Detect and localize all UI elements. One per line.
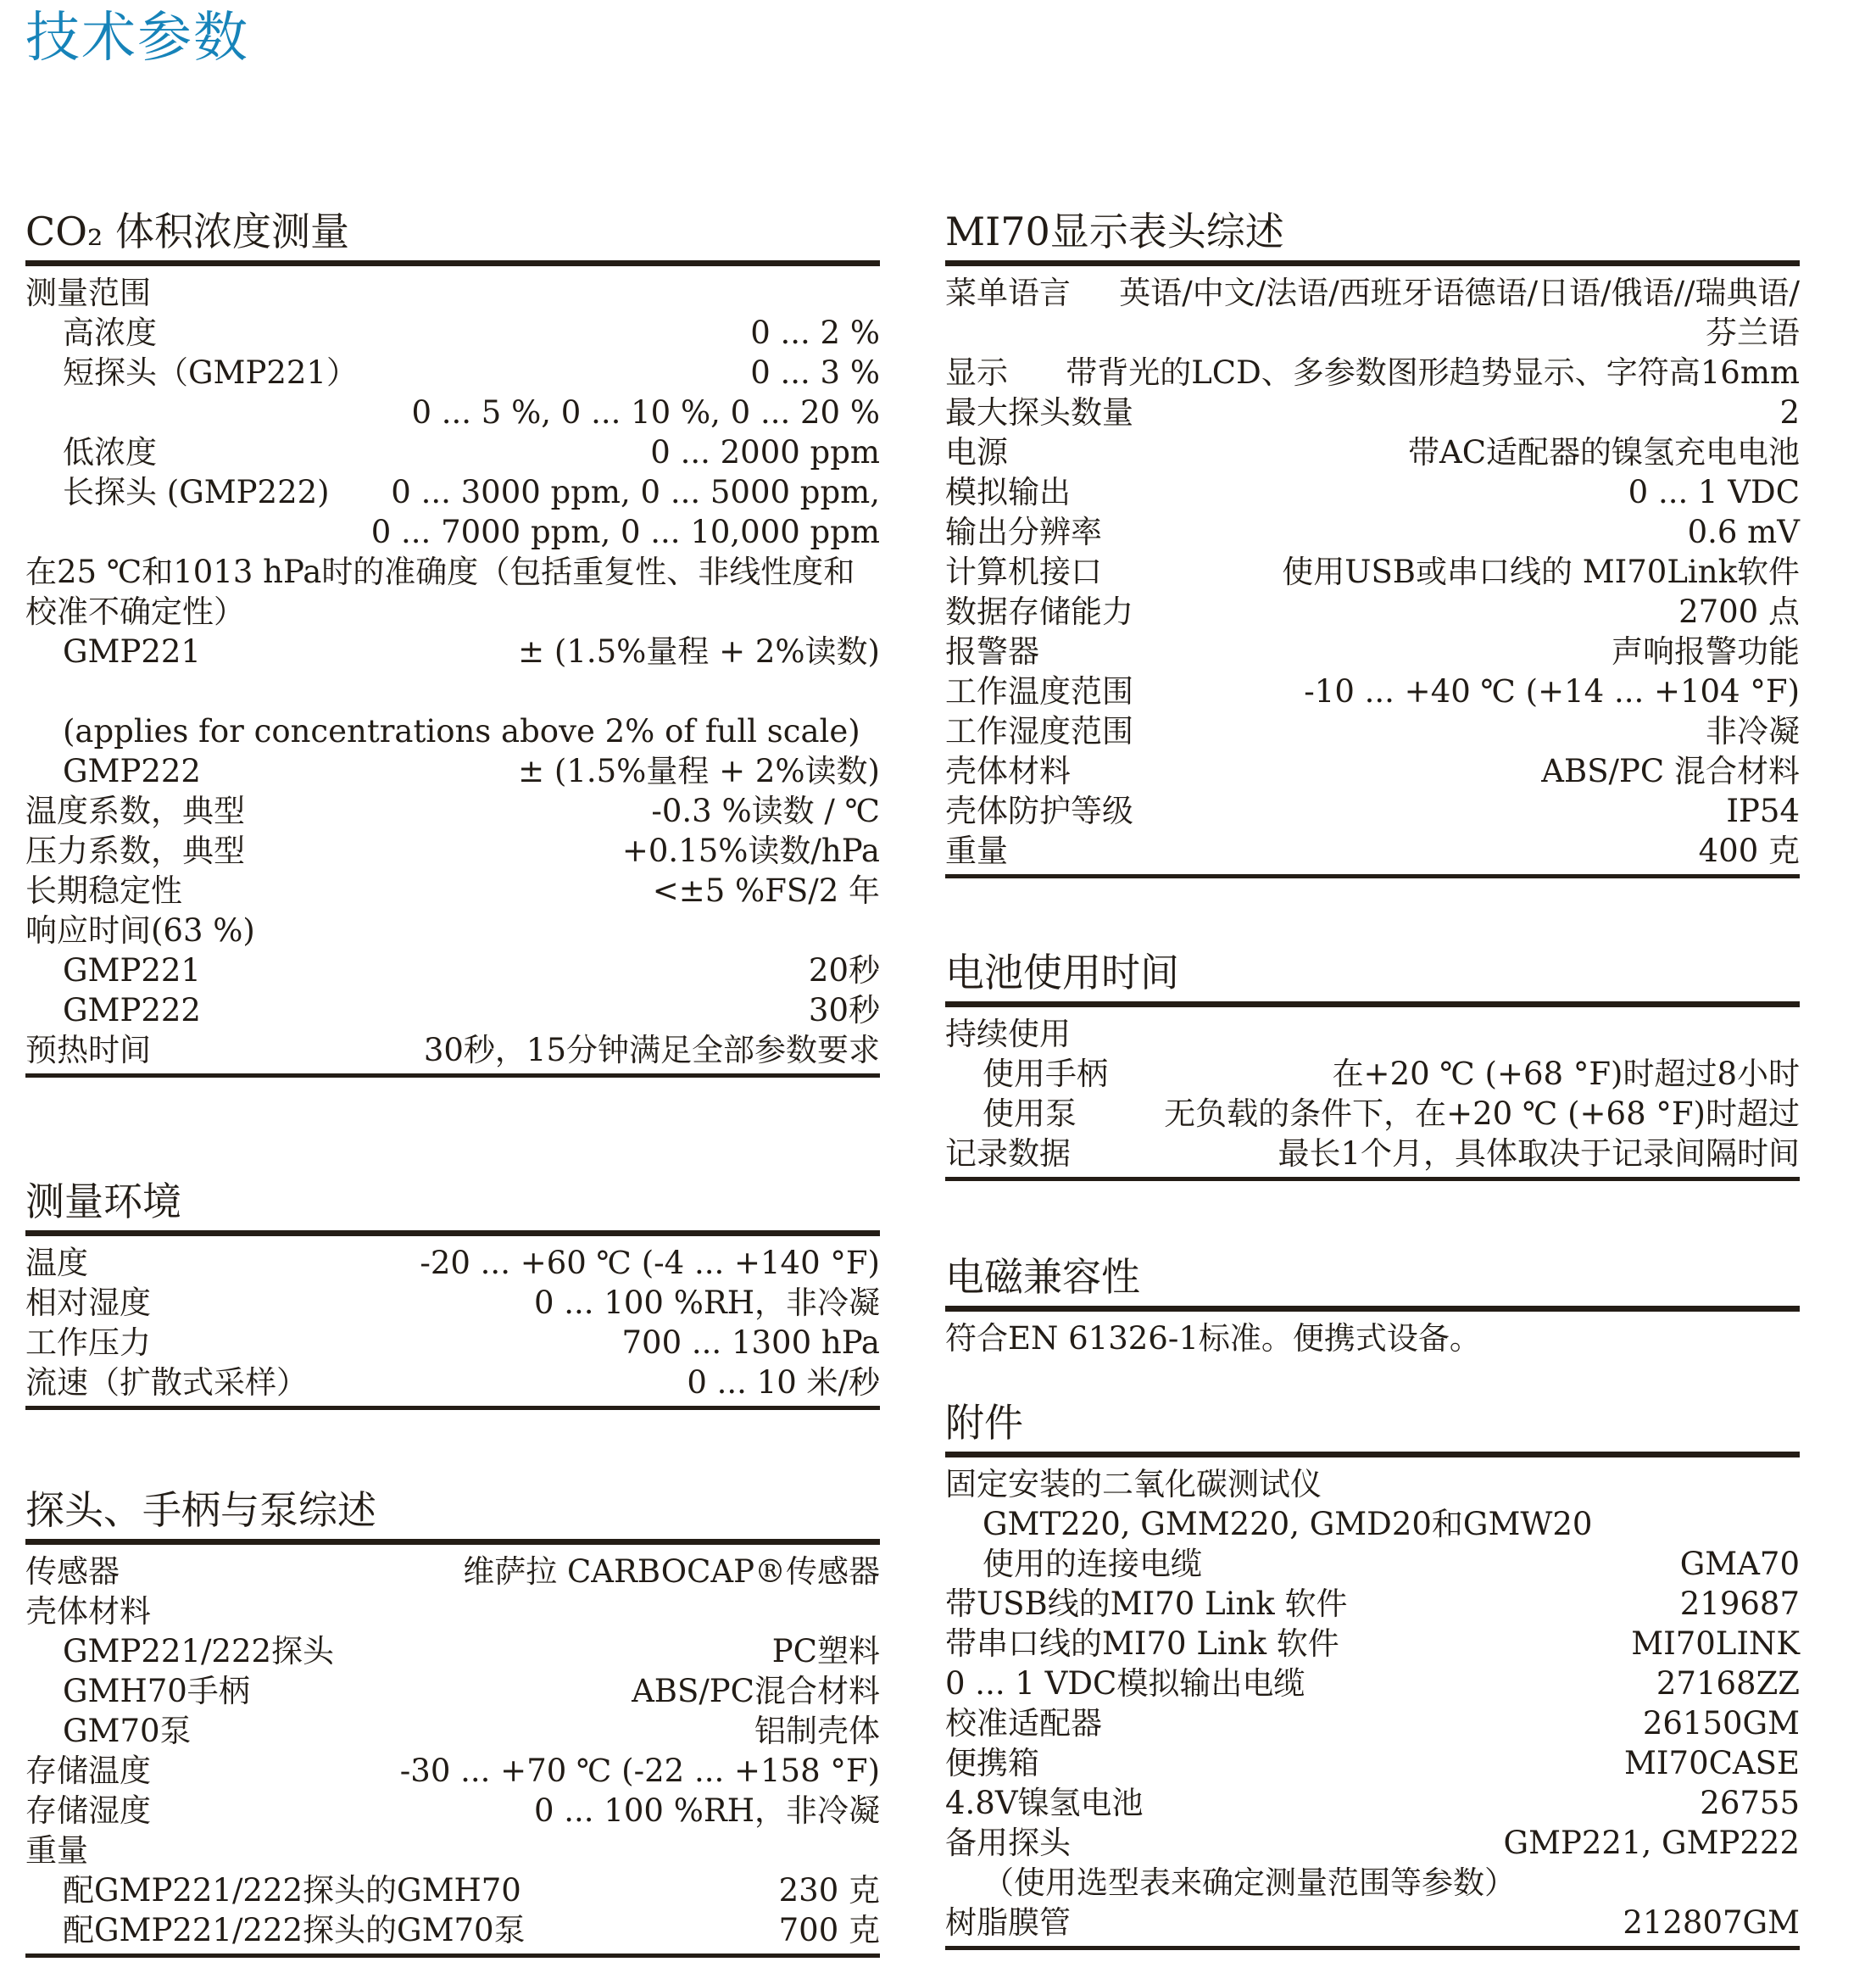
spec-row: 模拟输出0 ... 1 VDC (945, 472, 1800, 512)
spec-label: (applies for concentrations above 2% of … (25, 711, 880, 751)
spec-label: 配GMP221/222探头的GM70泵 (25, 1910, 526, 1950)
spec-label: 菜单语言 (945, 273, 1071, 353)
spec-value: GMP221, GMP222 (1071, 1823, 1800, 1863)
left-column: CO₂ 体积浓度测量测量范围高浓度0 ... 2 %短探头（GMP221）0 .… (25, 208, 880, 1958)
spec-row: 长探头 (GMP222)0 ... 3000 ppm, 0 ... 5000 p… (25, 472, 880, 512)
section-title: 测量环境 (25, 1178, 880, 1225)
spec-row: 0 ... 7000 ppm, 0 ... 10,000 ppm (25, 512, 880, 552)
spec-row: 使用泵无负载的条件下，在+20 ℃ (+68 °F)时超过 (945, 1094, 1800, 1134)
spec-row: GMP221± (1.5%量程 + 2%读数) (25, 632, 880, 672)
spec-row: 持续使用 (945, 1014, 1800, 1054)
spec-value: -0.3 %读数 / ℃ (245, 791, 880, 831)
section-bottom-rule (25, 1406, 880, 1410)
spec-label: GMP221 (25, 950, 201, 990)
spec-value: 400 克 (1008, 831, 1800, 871)
spec-row: GMP22120秒 (25, 950, 880, 990)
spec-row: 壳体防护等级IP54 (945, 791, 1800, 831)
spec-label: 温度 (25, 1243, 88, 1283)
spec-row: 低浓度0 ... 2000 ppm (25, 432, 880, 472)
spec-value: PC塑料 (334, 1631, 880, 1671)
spec-section: 测量环境温度-20 ... +60 ℃ (-4 ... +140 °F)相对湿度… (25, 1178, 880, 1410)
spec-row (25, 672, 880, 711)
spec-value: MI70CASE (1039, 1743, 1800, 1783)
spec-label: 模拟输出 (945, 472, 1071, 512)
spec-row: 工作湿度范围非冷凝 (945, 711, 1800, 751)
spec-value: 0 ... 7000 ppm, 0 ... 10,000 ppm (25, 512, 880, 552)
spec-row: 计算机接口使用USB或串口线的 MI70Link软件 (945, 552, 1800, 592)
spec-section: MI70显示表头综述菜单语言英语/中文/法语/西班牙语德语/日语/俄语//瑞典语… (945, 208, 1800, 878)
section-title-rule (25, 1539, 880, 1545)
section-title: 电池使用时间 (945, 949, 1800, 996)
spec-row: 壳体材料 (25, 1591, 880, 1631)
section-title: CO₂ 体积浓度测量 (25, 208, 880, 255)
spec-value: 20秒 (201, 950, 880, 990)
spec-label: GM70泵 (25, 1711, 192, 1751)
spec-label: GMP222 (25, 751, 201, 791)
spec-rows: 符合EN 61326-1标准。便携式设备。 (945, 1312, 1800, 1358)
spec-value: 230 克 (521, 1870, 880, 1910)
spec-label: GMH70手柄 (25, 1671, 250, 1711)
spec-row: 使用手柄在+20 ℃ (+68 °F)时超过8小时 (945, 1054, 1800, 1094)
spec-value: 0 ... 10 米/秒 (308, 1363, 880, 1402)
spec-row: （使用选型表来确定测量范围等参数） (945, 1863, 1800, 1903)
spec-value: 0.6 mV (1102, 512, 1800, 552)
spec-label: （使用选型表来确定测量范围等参数） (945, 1863, 1516, 1903)
spec-value: 0 ... 3000 ppm, 0 ... 5000 ppm, (330, 472, 880, 512)
spec-value: 212807GM (1071, 1903, 1800, 1942)
spec-row: 温度系数，典型-0.3 %读数 / ℃ (25, 791, 880, 831)
spec-label: GMT220, GMM220, GMD20和GMW20 (945, 1504, 1592, 1544)
spec-row: 重量 (25, 1831, 880, 1870)
spec-row: 固定安装的二氧化碳测试仪 (945, 1464, 1800, 1504)
spec-label: 符合EN 61326-1标准。便携式设备。 (945, 1318, 1800, 1358)
spec-section: 探头、手柄与泵综述传感器维萨拉 CARBOCAP®传感器壳体材料GMP221/2… (25, 1486, 880, 1958)
section-title-rule (945, 260, 1800, 266)
spec-label: 测量范围 (25, 273, 151, 313)
spec-section: 电池使用时间持续使用使用手柄在+20 ℃ (+68 °F)时超过8小时使用泵无负… (945, 949, 1800, 1181)
spec-value: 30秒，15分钟满足全部参数要求 (151, 1030, 880, 1070)
spec-value: 最长1个月，具体取决于记录间隔时间 (1071, 1134, 1800, 1173)
spec-value: MI70LINK (1339, 1624, 1800, 1664)
spec-row: GMP222± (1.5%量程 + 2%读数) (25, 751, 880, 791)
spec-label: 电源 (945, 432, 1008, 472)
spec-label: 配GMP221/222探头的GMH70 (25, 1870, 521, 1910)
spec-label: 便携箱 (945, 1743, 1039, 1783)
spec-label: 数据存储能力 (945, 592, 1133, 632)
spec-row: (applies for concentrations above 2% of … (25, 711, 880, 751)
spec-rows: 温度-20 ... +60 ℃ (-4 ... +140 °F)相对湿度0 ..… (25, 1236, 880, 1402)
spec-row: 温度-20 ... +60 ℃ (-4 ... +140 °F) (25, 1243, 880, 1283)
spec-label: 压力系数，典型 (25, 831, 245, 871)
spec-label: 使用手柄 (945, 1054, 1108, 1094)
section-bottom-rule (25, 1953, 880, 1958)
spec-label: 输出分辨率 (945, 512, 1102, 552)
spec-row: GMT220, GMM220, GMD20和GMW20 (945, 1504, 1800, 1544)
spec-label: 长探头 (GMP222) (25, 472, 330, 512)
spec-value: ± (1.5%量程 + 2%读数) (201, 632, 880, 672)
spec-value: 声响报警功能 (1039, 632, 1800, 672)
spec-value: 0 ... 3 % (358, 353, 880, 393)
spec-value: 30秒 (201, 990, 880, 1030)
spec-value: 26755 (1144, 1783, 1800, 1823)
spec-label: 0 ... 1 VDC模拟输出电缆 (945, 1664, 1305, 1703)
spec-row: 数据存储能力2700 点 (945, 592, 1800, 632)
spec-label: 重量 (945, 831, 1008, 871)
spec-label: 记录数据 (945, 1134, 1071, 1173)
spec-row: 报警器声响报警功能 (945, 632, 1800, 672)
section-title: 附件 (945, 1399, 1800, 1446)
spec-row: GMH70手柄ABS/PC混合材料 (25, 1671, 880, 1711)
spec-row: GMP221/222探头PC塑料 (25, 1631, 880, 1671)
spec-label: 传感器 (25, 1552, 120, 1591)
spec-label: 重量 (25, 1831, 88, 1870)
spec-row: 备用探头GMP221, GMP222 (945, 1823, 1800, 1863)
spec-row: 符合EN 61326-1标准。便携式设备。 (945, 1318, 1800, 1358)
section-title-rule (945, 1001, 1800, 1007)
spec-row: 存储湿度0 ... 100 %RH，非冷凝 (25, 1791, 880, 1831)
spec-value: ± (1.5%量程 + 2%读数) (201, 751, 880, 791)
spec-label: 在25 ℃和1013 hPa时的准确度（包括重复性、非线性度和校准不确定性） (25, 552, 880, 632)
spec-value: 带背光的LCD、多参数图形趋势显示、字符高16mm (1008, 353, 1800, 393)
spec-label: 温度系数，典型 (25, 791, 245, 831)
spec-row: 菜单语言英语/中文/法语/西班牙语德语/日语/俄语//瑞典语/芬兰语 (945, 273, 1800, 353)
spec-label: 相对湿度 (25, 1283, 151, 1323)
spec-row: 记录数据最长1个月，具体取决于记录间隔时间 (945, 1134, 1800, 1173)
spec-value: 27168ZZ (1305, 1664, 1800, 1703)
spec-label: 壳体材料 (945, 751, 1071, 791)
spec-value: 219687 (1347, 1584, 1800, 1624)
spec-rows: 固定安装的二氧化碳测试仪GMT220, GMM220, GMD20和GMW20使… (945, 1457, 1800, 1942)
spec-label: 报警器 (945, 632, 1039, 672)
spec-row: 短探头（GMP221）0 ... 3 % (25, 353, 880, 393)
spec-value: 铝制壳体 (192, 1711, 880, 1751)
spec-rows: 菜单语言英语/中文/法语/西班牙语德语/日语/俄语//瑞典语/芬兰语显示带背光的… (945, 266, 1800, 871)
spec-value: 0 ... 2000 ppm (157, 432, 880, 472)
spec-value: 在+20 ℃ (+68 °F)时超过8小时 (1108, 1054, 1800, 1094)
spec-row: 0 ... 1 VDC模拟输出电缆27168ZZ (945, 1664, 1800, 1703)
section-title: MI70显示表头综述 (945, 208, 1800, 255)
spec-row: 0 ... 5 %, 0 ... 10 %, 0 ... 20 % (25, 393, 880, 432)
spec-value: 英语/中文/法语/西班牙语德语/日语/俄语//瑞典语/芬兰语 (1071, 273, 1800, 353)
section-title: 电磁兼容性 (945, 1253, 1800, 1301)
spec-value: 2 (1133, 393, 1800, 432)
spec-section: CO₂ 体积浓度测量测量范围高浓度0 ... 2 %短探头（GMP221）0 .… (25, 208, 880, 1078)
spec-row: 在25 ℃和1013 hPa时的准确度（包括重复性、非线性度和校准不确定性） (25, 552, 880, 632)
spec-value: -30 ... +70 ℃ (-22 ... +158 °F) (151, 1751, 880, 1791)
spec-row: 4.8V镍氢电池26755 (945, 1783, 1800, 1823)
spec-row: 响应时间(63 %) (25, 911, 880, 950)
spec-value: 使用USB或串口线的 MI70Link软件 (1102, 552, 1800, 592)
spec-label: 4.8V镍氢电池 (945, 1783, 1144, 1823)
spec-row: 压力系数，典型+0.15%读数/hPa (25, 831, 880, 871)
datasheet-page: 技术参数 CO₂ 体积浓度测量测量范围高浓度0 ... 2 %短探头（GMP22… (0, 0, 1876, 1958)
spec-row: 流速（扩散式采样）0 ... 10 米/秒 (25, 1363, 880, 1402)
spec-row: 传感器维萨拉 CARBOCAP®传感器 (25, 1552, 880, 1591)
section-title-rule (25, 1230, 880, 1236)
spec-value: 700 克 (526, 1910, 880, 1950)
spec-label: 校准适配器 (945, 1703, 1102, 1743)
spec-value: ABS/PC 混合材料 (1071, 751, 1800, 791)
spec-label: 树脂膜管 (945, 1903, 1071, 1942)
spec-value: 0 ... 1 VDC (1071, 472, 1800, 512)
spec-value: -20 ... +60 ℃ (-4 ... +140 °F) (88, 1243, 880, 1283)
spec-row: 电源带AC适配器的镍氢充电电池 (945, 432, 1800, 472)
spec-row: GMP22230秒 (25, 990, 880, 1030)
spec-row: 高浓度0 ... 2 % (25, 313, 880, 353)
spec-value: 0 ... 2 % (157, 313, 880, 353)
spec-row: 预热时间30秒，15分钟满足全部参数要求 (25, 1030, 880, 1070)
spec-label: GMP222 (25, 990, 201, 1030)
spec-label: 带USB线的MI70 Link 软件 (945, 1584, 1347, 1624)
spec-label: GMP221/222探头 (25, 1631, 334, 1671)
spec-value: IP54 (1133, 791, 1800, 831)
spec-row: 壳体材料ABS/PC 混合材料 (945, 751, 1800, 791)
spec-row: 最大探头数量2 (945, 393, 1800, 432)
spec-row: 树脂膜管212807GM (945, 1903, 1800, 1942)
page-title: 技术参数 (25, 7, 1876, 70)
spec-label: 工作压力 (25, 1323, 151, 1363)
section-bottom-rule (945, 1946, 1800, 1950)
right-column: MI70显示表头综述菜单语言英语/中文/法语/西班牙语德语/日语/俄语//瑞典语… (945, 208, 1800, 1958)
spec-label: 低浓度 (25, 432, 157, 472)
spec-label: 最大探头数量 (945, 393, 1133, 432)
spec-row: 配GMP221/222探头的GMH70230 克 (25, 1870, 880, 1910)
spec-row: 工作压力700 ... 1300 hPa (25, 1323, 880, 1363)
spec-label: 固定安装的二氧化碳测试仪 (945, 1464, 1322, 1504)
spec-value: ABS/PC混合材料 (250, 1671, 880, 1711)
section-title-rule (945, 1306, 1800, 1312)
spec-label: 高浓度 (25, 313, 157, 353)
spec-row: 使用的连接电缆GMA70 (945, 1544, 1800, 1584)
content-columns: CO₂ 体积浓度测量测量范围高浓度0 ... 2 %短探头（GMP221）0 .… (25, 208, 1876, 1958)
spec-row: 测量范围 (25, 273, 880, 313)
spec-value: 0 ... 5 %, 0 ... 10 %, 0 ... 20 % (25, 393, 880, 432)
spec-value: <±5 %FS/2 年 (182, 871, 880, 911)
spec-rows: 传感器维萨拉 CARBOCAP®传感器壳体材料GMP221/222探头PC塑料G… (25, 1545, 880, 1950)
spec-label: 使用泵 (945, 1094, 1077, 1134)
spec-row: 存储温度-30 ... +70 ℃ (-22 ... +158 °F) (25, 1751, 880, 1791)
spec-rows: 测量范围高浓度0 ... 2 %短探头（GMP221）0 ... 3 %0 ..… (25, 266, 880, 1070)
section-title-rule (25, 260, 880, 266)
spec-value: 700 ... 1300 hPa (151, 1323, 880, 1363)
section-title-rule (945, 1452, 1800, 1457)
spec-label: 显示 (945, 353, 1008, 393)
spec-label: 存储湿度 (25, 1791, 151, 1831)
spec-value: 0 ... 100 %RH，非冷凝 (151, 1791, 880, 1831)
spec-value: 2700 点 (1133, 592, 1800, 632)
spec-row: GM70泵铝制壳体 (25, 1711, 880, 1751)
spec-row: 重量400 克 (945, 831, 1800, 871)
spec-value: GMA70 (1202, 1544, 1800, 1584)
spec-label: 带串口线的MI70 Link 软件 (945, 1624, 1339, 1664)
spec-value: -10 ... +40 ℃ (+14 ... +104 °F) (1133, 672, 1800, 711)
section-bottom-rule (945, 1177, 1800, 1181)
spec-label: 持续使用 (945, 1014, 1071, 1054)
spec-row: 带串口线的MI70 Link 软件MI70LINK (945, 1624, 1800, 1664)
spec-label: 存储温度 (25, 1751, 151, 1791)
spec-value: 非冷凝 (1133, 711, 1800, 751)
section-title: 探头、手柄与泵综述 (25, 1486, 880, 1534)
spec-row: 便携箱MI70CASE (945, 1743, 1800, 1783)
spec-label: 长期稳定性 (25, 871, 182, 911)
spec-label: 预热时间 (25, 1030, 151, 1070)
spec-value: +0.15%读数/hPa (245, 831, 880, 871)
spec-row: 相对湿度0 ... 100 %RH，非冷凝 (25, 1283, 880, 1323)
section-bottom-rule (945, 874, 1800, 878)
spec-label: 备用探头 (945, 1823, 1071, 1863)
spec-value: 26150GM (1102, 1703, 1800, 1743)
spec-value: 0 ... 100 %RH，非冷凝 (151, 1283, 880, 1323)
spec-section: 电磁兼容性符合EN 61326-1标准。便携式设备。 (945, 1253, 1800, 1358)
spec-value: 维萨拉 CARBOCAP®传感器 (120, 1552, 880, 1591)
spec-label: 响应时间(63 %) (25, 911, 255, 950)
spec-row: 输出分辨率0.6 mV (945, 512, 1800, 552)
spec-label: 使用的连接电缆 (945, 1544, 1202, 1584)
spec-label: 壳体材料 (25, 1591, 151, 1631)
spec-section: 附件固定安装的二氧化碳测试仪GMT220, GMM220, GMD20和GMW2… (945, 1399, 1800, 1950)
spec-label: 短探头（GMP221） (25, 353, 358, 393)
spec-row: 长期稳定性<±5 %FS/2 年 (25, 871, 880, 911)
spec-label: 流速（扩散式采样） (25, 1363, 308, 1402)
spec-label: 工作温度范围 (945, 672, 1133, 711)
spec-label: 工作湿度范围 (945, 711, 1133, 751)
spec-row: 显示带背光的LCD、多参数图形趋势显示、字符高16mm (945, 353, 1800, 393)
spec-label: 计算机接口 (945, 552, 1102, 592)
spec-row: 带USB线的MI70 Link 软件219687 (945, 1584, 1800, 1624)
spec-label: GMP221 (25, 632, 201, 672)
section-bottom-rule (25, 1073, 880, 1078)
spec-row: 配GMP221/222探头的GM70泵700 克 (25, 1910, 880, 1950)
spec-value: 无负载的条件下，在+20 ℃ (+68 °F)时超过 (1077, 1094, 1800, 1134)
spec-label: 壳体防护等级 (945, 791, 1133, 831)
spec-rows: 持续使用使用手柄在+20 ℃ (+68 °F)时超过8小时使用泵无负载的条件下，… (945, 1007, 1800, 1173)
spec-row: 校准适配器26150GM (945, 1703, 1800, 1743)
spec-value: 带AC适配器的镍氢充电电池 (1008, 432, 1800, 472)
spec-row: 工作温度范围-10 ... +40 ℃ (+14 ... +104 °F) (945, 672, 1800, 711)
